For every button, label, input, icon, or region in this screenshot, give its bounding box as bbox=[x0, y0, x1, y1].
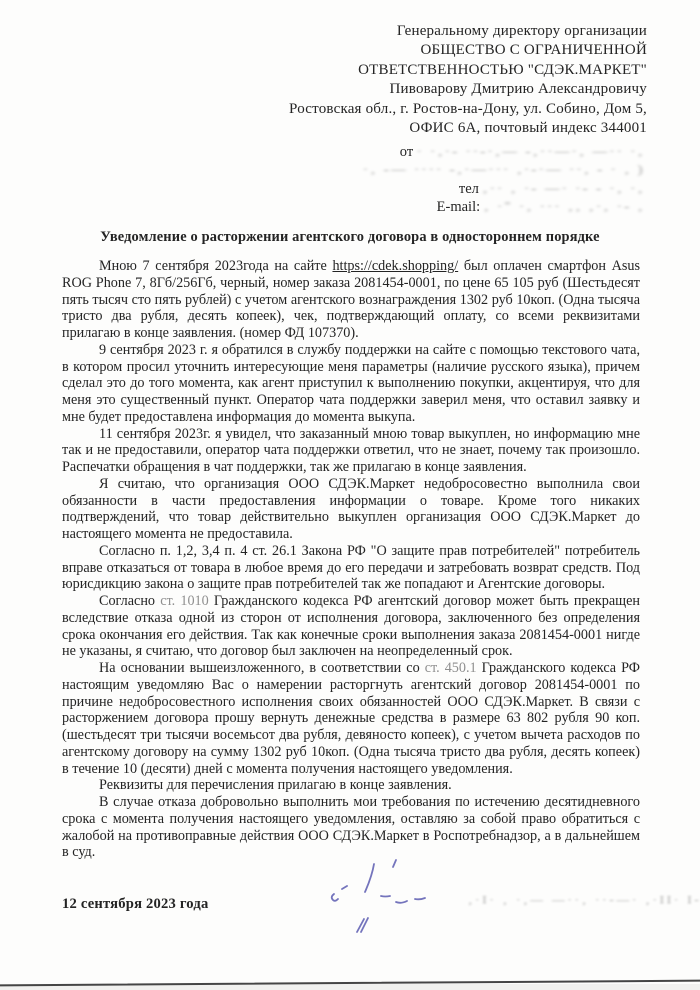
paragraph-3: 11 сентября 2023г. я увидел, что заказан… bbox=[62, 426, 640, 476]
scanned-document-page: Генеральному директору организации ОБЩЕС… bbox=[0, 0, 700, 990]
paragraph-text: Гражданского кодекса РФ настоящим уведом… bbox=[62, 660, 640, 777]
paragraph-9: В случае отказа добровольно выполнить мо… bbox=[62, 794, 640, 861]
document-body: Мною 7 сентября 2023года на сайте https:… bbox=[62, 258, 640, 861]
paragraph-2: 9 сентября 2023 г. я обратился в службу … bbox=[62, 342, 640, 426]
handwritten-signature bbox=[328, 856, 458, 941]
recipient-line: Пивоварову Дмитрию Александровичу bbox=[217, 80, 647, 99]
recipient-line: ОБЩЕСТВО С ОГРАНИЧЕННОЙ bbox=[217, 41, 647, 60]
sender-email-line: E-mail: ‚ ·" ·‚ ··· ‚‚ ‚·‚ ·‐ ‚ bbox=[315, 198, 645, 216]
document-date: 12 сентября 2023 года bbox=[62, 896, 208, 913]
paragraph-text: Мною 7 сентября 2023года на сайте bbox=[99, 258, 332, 274]
signer-name-redacted: ‚·I· ‚ ·‚— —··‚ ··‐—· ‚·II· I‐···· bbox=[468, 893, 668, 908]
from-label: от bbox=[400, 144, 413, 160]
tel-label: тел bbox=[459, 181, 479, 197]
paragraph-1: Мною 7 сентября 2023года на сайте https:… bbox=[62, 258, 640, 342]
sender-block: от · ·‚·- ··‐·‚— ‐‚··—·‚ —·· ·‚ ·‚ ‐— ··… bbox=[315, 143, 645, 217]
recipient-line: Генеральному директору организации bbox=[217, 22, 647, 41]
recipient-line: ОФИС 6А, почтовый индекс 344001 bbox=[217, 119, 647, 138]
law-ref-st-1010: ст. 1010 bbox=[160, 593, 209, 609]
paragraph-4: Я считаю, что организация ООО СДЭК.Марке… bbox=[62, 476, 640, 543]
tel-redacted: ‚·· ‚ ·‐ —· ·‐ ‐ ·‚ ·‚ bbox=[483, 181, 645, 198]
sender-tel-line: тел ‚·· ‚ ·‐ —· ·‐ ‐ ·‚ ·‚ bbox=[315, 180, 645, 198]
cdek-shopping-link: https://cdek.shopping/ bbox=[332, 258, 458, 274]
recipient-block: Генеральному директору организации ОБЩЕС… bbox=[217, 22, 647, 138]
paragraph-5: Согласно п. 1,2, 3,4 п. 4 ст. 26.1 Закон… bbox=[62, 543, 640, 593]
email-redacted: ‚ ·" ·‚ ··· ‚‚ ‚·‚ ·‐ ‚ bbox=[484, 199, 645, 216]
sender-address-redacted: ·‚ ‐— ···· ‐‚·—··· ‚·‐·— ··‚ ‐ · ‚ ) bbox=[363, 162, 645, 179]
sender-address-line: ·‚ ‐— ···· ‐‚·—··· ‚·‐·— ··‚ ‐ · ‚ ) bbox=[315, 161, 645, 179]
document-title: Уведомление о расторжении агентского дог… bbox=[0, 229, 700, 246]
paragraph-8: Реквизиты для перечисления прилагаю в ко… bbox=[62, 777, 640, 794]
sender-from-line: от · ·‚·- ··‐·‚— ‐‚··—·‚ —·· ·‚ bbox=[315, 143, 645, 161]
paragraph-6: Согласно ст. 1010 Гражданского кодекса Р… bbox=[62, 593, 640, 660]
recipient-line: Ростовская обл., г. Ростов-на-Дону, ул. … bbox=[217, 100, 647, 119]
paragraph-7: На основании вышеизложенного, в соответс… bbox=[62, 660, 640, 777]
email-label: E-mail: bbox=[437, 199, 481, 215]
law-ref-st-450-1: ст. 450.1 bbox=[425, 660, 477, 676]
paragraph-text: Согласно bbox=[99, 593, 160, 609]
paragraph-text: На основании вышеизложенного, в соответс… bbox=[99, 660, 425, 676]
sender-name-redacted: · ·‚·- ··‐·‚— ‐‚··—·‚ —·· ·‚ bbox=[417, 144, 645, 161]
recipient-line: ОТВЕТСТВЕННОСТЬЮ "СДЭК.МАРКЕТ" bbox=[217, 61, 647, 80]
